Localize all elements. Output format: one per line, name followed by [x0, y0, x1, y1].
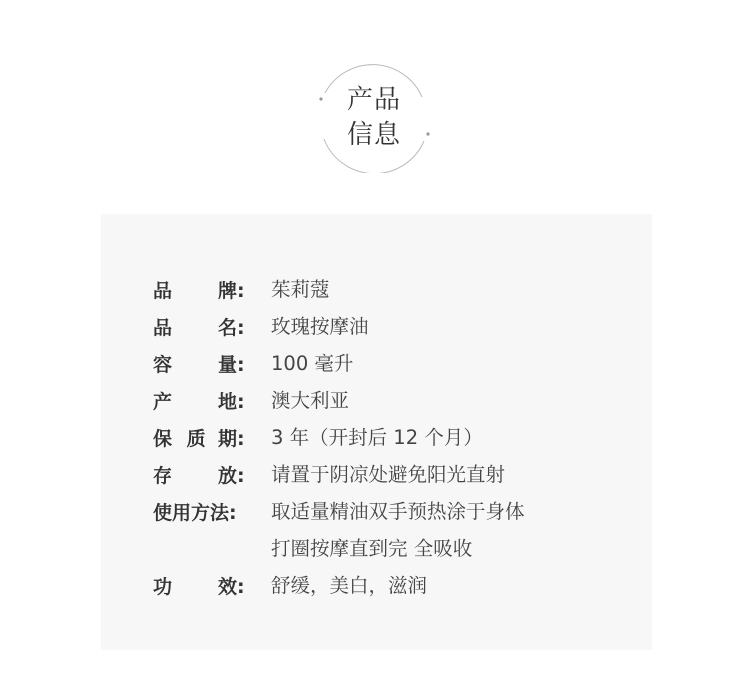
info-row-shelf-life: 保 质 期: 3 年（开封后 12 个月） — [153, 417, 525, 454]
info-label: 产 地: — [153, 380, 271, 417]
info-value: 3 年（开封后 12 个月） — [271, 422, 483, 450]
section-title: 产品 信息 — [318, 83, 430, 153]
label-part: 使用方法: — [153, 498, 237, 525]
info-label: 品 名: — [153, 306, 271, 343]
info-label: 保 质 期: — [153, 417, 271, 454]
info-value: 请置于阴凉处避免阳光直射 — [271, 459, 505, 487]
info-label: 品 牌: — [153, 269, 271, 306]
info-label: 容 量: — [153, 343, 271, 380]
info-value: 玫瑰按摩油 — [271, 311, 369, 339]
info-row-usage: 使用方法: 取适量精油双手预热涂于身体 — [153, 491, 525, 528]
info-row-volume: 容 量: 100 毫升 — [153, 343, 525, 380]
section-title-line1: 产品 — [318, 83, 430, 118]
info-value: 100 毫升 — [271, 348, 353, 376]
info-row-brand: 品 牌: 茱莉蔻 — [153, 269, 525, 306]
info-label: 功 效: — [153, 565, 271, 602]
label-part: 地: — [218, 387, 245, 414]
info-row-effect: 功 效: 舒缓，美白，滋润 — [153, 565, 525, 602]
info-row-origin: 产 地: 澳大利亚 — [153, 380, 525, 417]
info-list: 品 牌: 茱莉蔻 品 名: 玫瑰按摩油 容 量: 100 毫升 产 地: 澳大利… — [153, 269, 525, 602]
label-part: 量: — [218, 350, 245, 377]
info-label: 使用方法: — [153, 491, 271, 528]
label-part: 产 — [153, 387, 172, 414]
label-part: 容 — [153, 350, 172, 377]
info-row-name: 品 名: 玫瑰按摩油 — [153, 306, 525, 343]
section-badge: 产品 信息 — [318, 61, 430, 173]
info-row-storage: 存 放: 请置于阴凉处避免阳光直射 — [153, 454, 525, 491]
info-label — [153, 528, 271, 565]
label-part: 功 — [153, 572, 172, 599]
info-row-usage-cont: 打圈按摩直到完 全吸收 — [153, 528, 525, 565]
info-value: 取适量精油双手预热涂于身体 — [271, 496, 525, 524]
info-value: 茱莉蔻 — [271, 274, 330, 302]
info-value: 舒缓，美白，滋润 — [271, 570, 427, 598]
label-part: 牌: — [218, 276, 245, 303]
info-value: 打圈按摩直到完 全吸收 — [271, 533, 472, 561]
label-part: 品 — [153, 276, 172, 303]
info-value: 澳大利亚 — [271, 385, 349, 413]
label-part: 名: — [218, 313, 245, 340]
label-part: 效: — [218, 572, 245, 599]
label-part: 放: — [218, 461, 245, 488]
label-part: 存 — [153, 461, 172, 488]
section-title-line2: 信息 — [318, 118, 430, 153]
product-info-panel: 品 牌: 茱莉蔻 品 名: 玫瑰按摩油 容 量: 100 毫升 产 地: 澳大利… — [101, 214, 652, 650]
label-part: 品 — [153, 313, 172, 340]
info-label: 存 放: — [153, 454, 271, 491]
label-part: 保 质 — [153, 424, 210, 451]
label-part: 期: — [218, 424, 245, 451]
